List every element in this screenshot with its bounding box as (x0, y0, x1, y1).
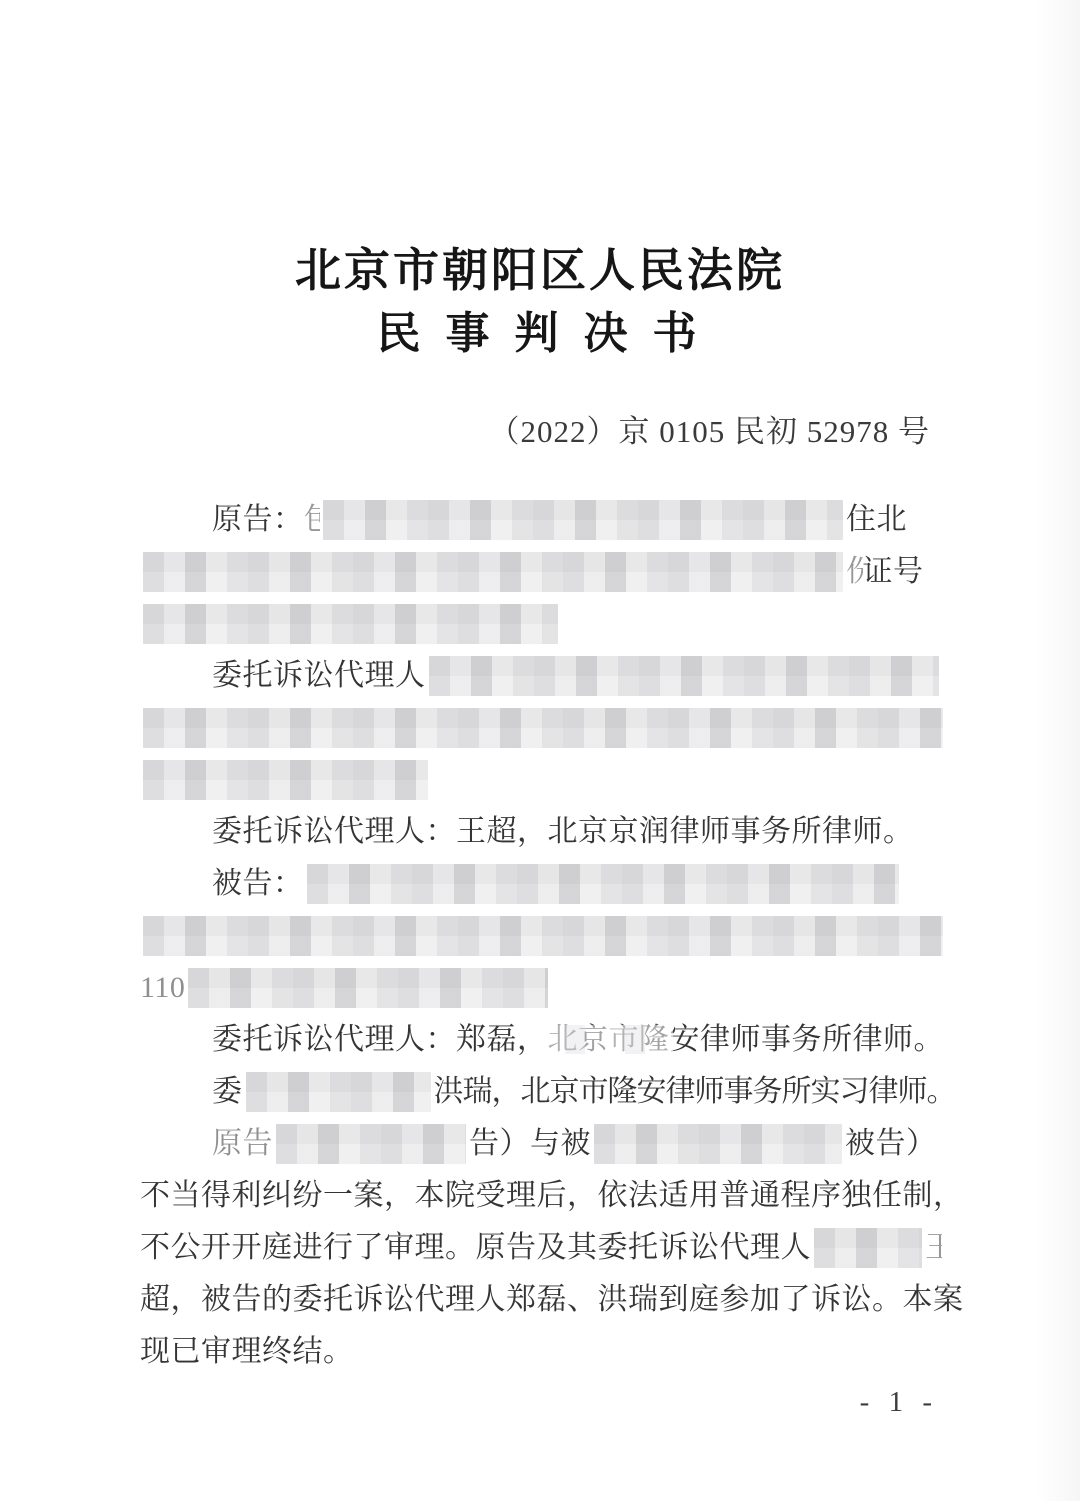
body-line: 份证号 (140, 544, 1080, 596)
text-segment: 北京市隆 (548, 1023, 670, 1056)
text-segment: 委托诉讼代理人：郑磊， (212, 1023, 548, 1056)
body-line: 不公开开庭进行了审理。原告及其委托诉讼代理人王 (140, 1220, 1080, 1272)
redaction-block (143, 604, 558, 644)
body-line: 原告告）与被被告） (140, 1116, 1080, 1168)
body-line: 委托诉讼代理人 (140, 648, 1080, 700)
text-segment: 安律师事务所律师。 (670, 1023, 945, 1056)
document-body: 原告：包住北份证号委托诉讼代理人委托诉讼代理人：王超，北京京润律师事务所律师。被… (140, 492, 1080, 1376)
body-line: 超，被告的委托诉讼代理人郑磊、洪瑞到庭参加了诉讼。本案 (140, 1272, 1080, 1324)
body-line (140, 752, 1080, 804)
text-segment: 不当得利纠纷一案，本院受理后，依法适用普通程序独任制， (140, 1179, 964, 1212)
redaction-block (143, 708, 943, 748)
redaction-block (188, 968, 548, 1008)
text-segment: 委 (212, 1075, 243, 1108)
redaction-block (143, 552, 843, 592)
text-segment: 王 (925, 1222, 942, 1274)
body-line: 委洪瑞，北京市隆安律师事务所实习律师。 (140, 1064, 1080, 1116)
text-segment: 包 (304, 494, 321, 546)
scanned-judgment-page: 北京市朝阳区人民法院 民 事 判 决 书 （2022）京 0105 民初 529… (0, 0, 1080, 1501)
text-segment: 委托诉讼代理人 (212, 659, 426, 692)
body-line (140, 908, 1080, 960)
text-segment: 证号 (863, 555, 924, 588)
text-segment: 洪瑞，北京市隆安律师事务所实习律师。 (434, 1075, 956, 1108)
body-line: 不当得利纠纷一案，本院受理后，依法适用普通程序独任制， (140, 1168, 1080, 1220)
case-number: （2022）京 0105 民初 52978 号 (0, 406, 930, 451)
text-segment: 被告： (212, 867, 304, 900)
body-line: 被告： (140, 856, 1080, 908)
redaction-block (307, 864, 899, 904)
text-segment: 告）与被 (469, 1127, 591, 1160)
text-segment: 委托诉讼代理人：王超，北京京润律师事务所律师。 (212, 815, 914, 848)
redaction-block (143, 916, 943, 956)
text-segment: 被告） (845, 1127, 937, 1160)
page-number: - 1 - (0, 1386, 938, 1419)
redaction-block (429, 656, 939, 696)
redaction-block (276, 1124, 466, 1164)
redaction-block (323, 500, 843, 540)
text-segment: 110 (140, 971, 185, 1004)
text-segment: 份 (846, 546, 863, 598)
body-line (140, 700, 1080, 752)
text-segment: 原告： (212, 503, 304, 536)
text-segment: 现已审理终结。 (140, 1335, 354, 1368)
text-segment: 原告 (212, 1127, 273, 1160)
redaction-block (143, 760, 428, 800)
text-segment: 不公开开庭进行了审理。原告及其委托诉讼代理人 (140, 1231, 811, 1264)
redaction-block (246, 1072, 431, 1112)
redaction-block (814, 1228, 922, 1268)
body-line: 委托诉讼代理人：郑磊，北京市隆安律师事务所律师。 (140, 1012, 1080, 1064)
court-title: 北京市朝阳区人民法院 (0, 234, 1080, 300)
text-segment: 住北 (846, 503, 907, 536)
redaction-block (594, 1124, 842, 1164)
document-type-title: 民 事 判 决 书 (0, 297, 1080, 361)
body-line: 原告：包住北 (140, 492, 1080, 544)
body-line: 委托诉讼代理人：王超，北京京润律师事务所律师。 (140, 804, 1080, 856)
body-line (140, 596, 1080, 648)
text-segment: 超，被告的委托诉讼代理人郑磊、洪瑞到庭参加了诉讼。本案 (140, 1283, 964, 1316)
body-line: 现已审理终结。 (140, 1324, 1080, 1376)
body-line: 110 (140, 960, 1080, 1012)
